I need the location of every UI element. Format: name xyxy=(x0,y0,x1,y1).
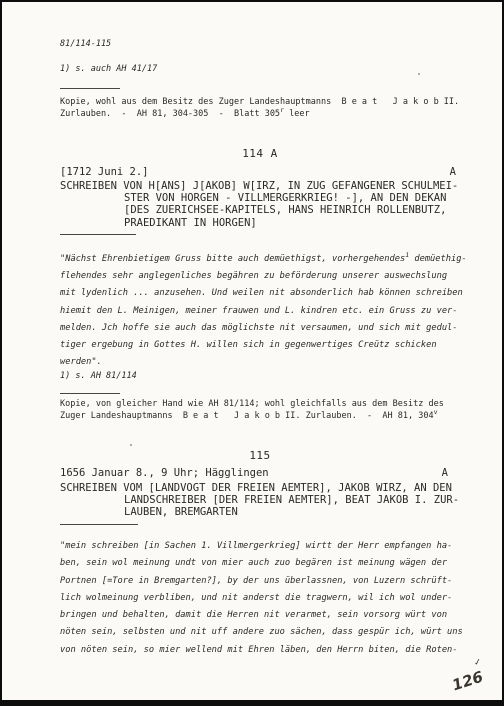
scanned-page: 81/114-115 1) s. auch AH 41/17 Kopie, wo… xyxy=(0,0,504,706)
provenance-115-line-2-text: Zuger Landeshauptmanns B e a t J a k o b… xyxy=(60,411,434,421)
entry-115-letter-mark: A xyxy=(442,467,448,479)
quote-line: bringen und behalten, damit die Herren n… xyxy=(60,607,463,624)
provenance-114-line-2-text: Zurlauben. - AH 81, 304-305 - Blatt 305 xyxy=(60,109,280,119)
provenance-114-line-2-tail: leer xyxy=(284,109,310,119)
entry-114a-date-row: [1712 Juni 2.] A xyxy=(60,166,456,178)
separator-rule-4 xyxy=(60,524,138,525)
provenance-114-line-1: Kopie, wohl aus dem Besitz des Zuger Lan… xyxy=(60,96,459,108)
quote-line: nöten sein, selbsten und nit uff andere … xyxy=(60,624,463,641)
entry-114a-letter-mark: A xyxy=(450,166,456,178)
entry-115-title-line-1: SCHREIBEN VOM [LANDVOGT DER FREIEN AEMTE… xyxy=(60,482,459,494)
entry-115-date-row: 1656 Januar 8., 9 Uhr; Hägglingen A xyxy=(60,467,448,479)
quote-line: ben, sein wol meinung undt von mier auch… xyxy=(60,555,463,572)
quote-line: mit lydenlich ... anzusehen. Und weilen … xyxy=(60,285,467,302)
quote-line: melden. Jch hoffe sie auch das möglichst… xyxy=(60,320,467,337)
quote-line: "mein schreiben [in Sachen 1. Villmerger… xyxy=(60,538,463,555)
entry-115-quote: "mein schreiben [in Sachen 1. Villmerger… xyxy=(60,538,463,659)
entry-114a-footnote: 1) s. AH 81/114 xyxy=(60,370,137,382)
provenance-115: Kopie, von gleicher Hand wie AH 81/114; … xyxy=(60,398,444,422)
quote-line: tiger ergebung in Gottes H. willen sich … xyxy=(60,337,467,354)
provenance-115-line-1: Kopie, von gleicher Hand wie AH 81/114; … xyxy=(60,398,444,410)
entry-114a-quote: "Nächst Ehrenbietigem Gruss bitte auch d… xyxy=(60,251,467,371)
handwritten-page-number: 126 xyxy=(450,668,485,695)
folio-superscript-v: v xyxy=(434,408,438,416)
quote-line-text: "Nächst Ehrenbietigem Gruss bitte auch d… xyxy=(60,254,405,264)
quote-line: werden". xyxy=(60,354,467,371)
entry-114a-number: 114 A xyxy=(16,147,504,160)
entry-114a-title-line-3: [DES ZUERICHSEE-KAPITELS, HANS HEINRICH … xyxy=(60,204,458,216)
scan-speck xyxy=(130,444,132,446)
quote-line: flehendes sehr anglegenliches begähren z… xyxy=(60,268,467,285)
entry-115-number: 115 xyxy=(16,449,504,462)
quote-line: lich wolmeinung verbliben, und nit ander… xyxy=(60,590,463,607)
scan-edge-left xyxy=(0,0,2,706)
separator-rule-2 xyxy=(60,234,136,235)
entry-114a-title-line-4: PRAEDIKANT IN HORGEN] xyxy=(60,217,458,229)
entry-115-title: SCHREIBEN VOM [LANDVOGT DER FREIEN AEMTE… xyxy=(60,482,459,519)
entry-115-date: 1656 Januar 8., 9 Uhr; Hägglingen xyxy=(60,467,269,479)
separator-rule-3 xyxy=(60,393,120,394)
provenance-115-line-2: Zuger Landeshauptmanns B e a t J a k o b… xyxy=(60,410,444,422)
quote-line: hiemit den L. Meinigen, meiner frauwen u… xyxy=(60,303,467,320)
entry-114a-title-line-1: SCHREIBEN VON H[ANS] J[AKOB] W[IRZ, IN Z… xyxy=(60,180,458,192)
scan-edge-top xyxy=(0,0,504,2)
quote-line: "Nächst Ehrenbietigem Gruss bitte auch d… xyxy=(60,251,467,268)
entry-115-title-line-2: LANDSCHREIBER [DER FREIEN AEMTER], BEAT … xyxy=(60,494,459,506)
entry-114a-title: SCHREIBEN VON H[ANS] J[AKOB] W[IRZ, IN Z… xyxy=(60,180,458,229)
provenance-114-line-2: Zurlauben. - AH 81, 304-305 - Blatt 305r… xyxy=(60,108,459,120)
scan-speck xyxy=(418,73,420,75)
quote-line-tail: demüethig- xyxy=(409,254,467,264)
scan-edge-bottom xyxy=(0,700,504,706)
entry-115-title-line-3: LAUBEN, BREMGARTEN xyxy=(60,506,459,518)
see-also-note: 1) s. auch AH 41/17 xyxy=(60,63,157,75)
provenance-114: Kopie, wohl aus dem Besitz des Zuger Lan… xyxy=(60,96,459,120)
entry-114a-date: [1712 Juni 2.] xyxy=(60,166,149,178)
entry-114a-title-line-2: STER VON HORGEN - VILLMERGERKRIEG! -], A… xyxy=(60,192,458,204)
quote-line: von nöten sein, so mier wellend mit Ehre… xyxy=(60,642,463,659)
page-ref: 81/114-115 xyxy=(60,38,111,50)
quote-line: Portnen [=Tore in Bremgarten?], by der u… xyxy=(60,573,463,590)
separator-rule-1 xyxy=(60,88,120,89)
